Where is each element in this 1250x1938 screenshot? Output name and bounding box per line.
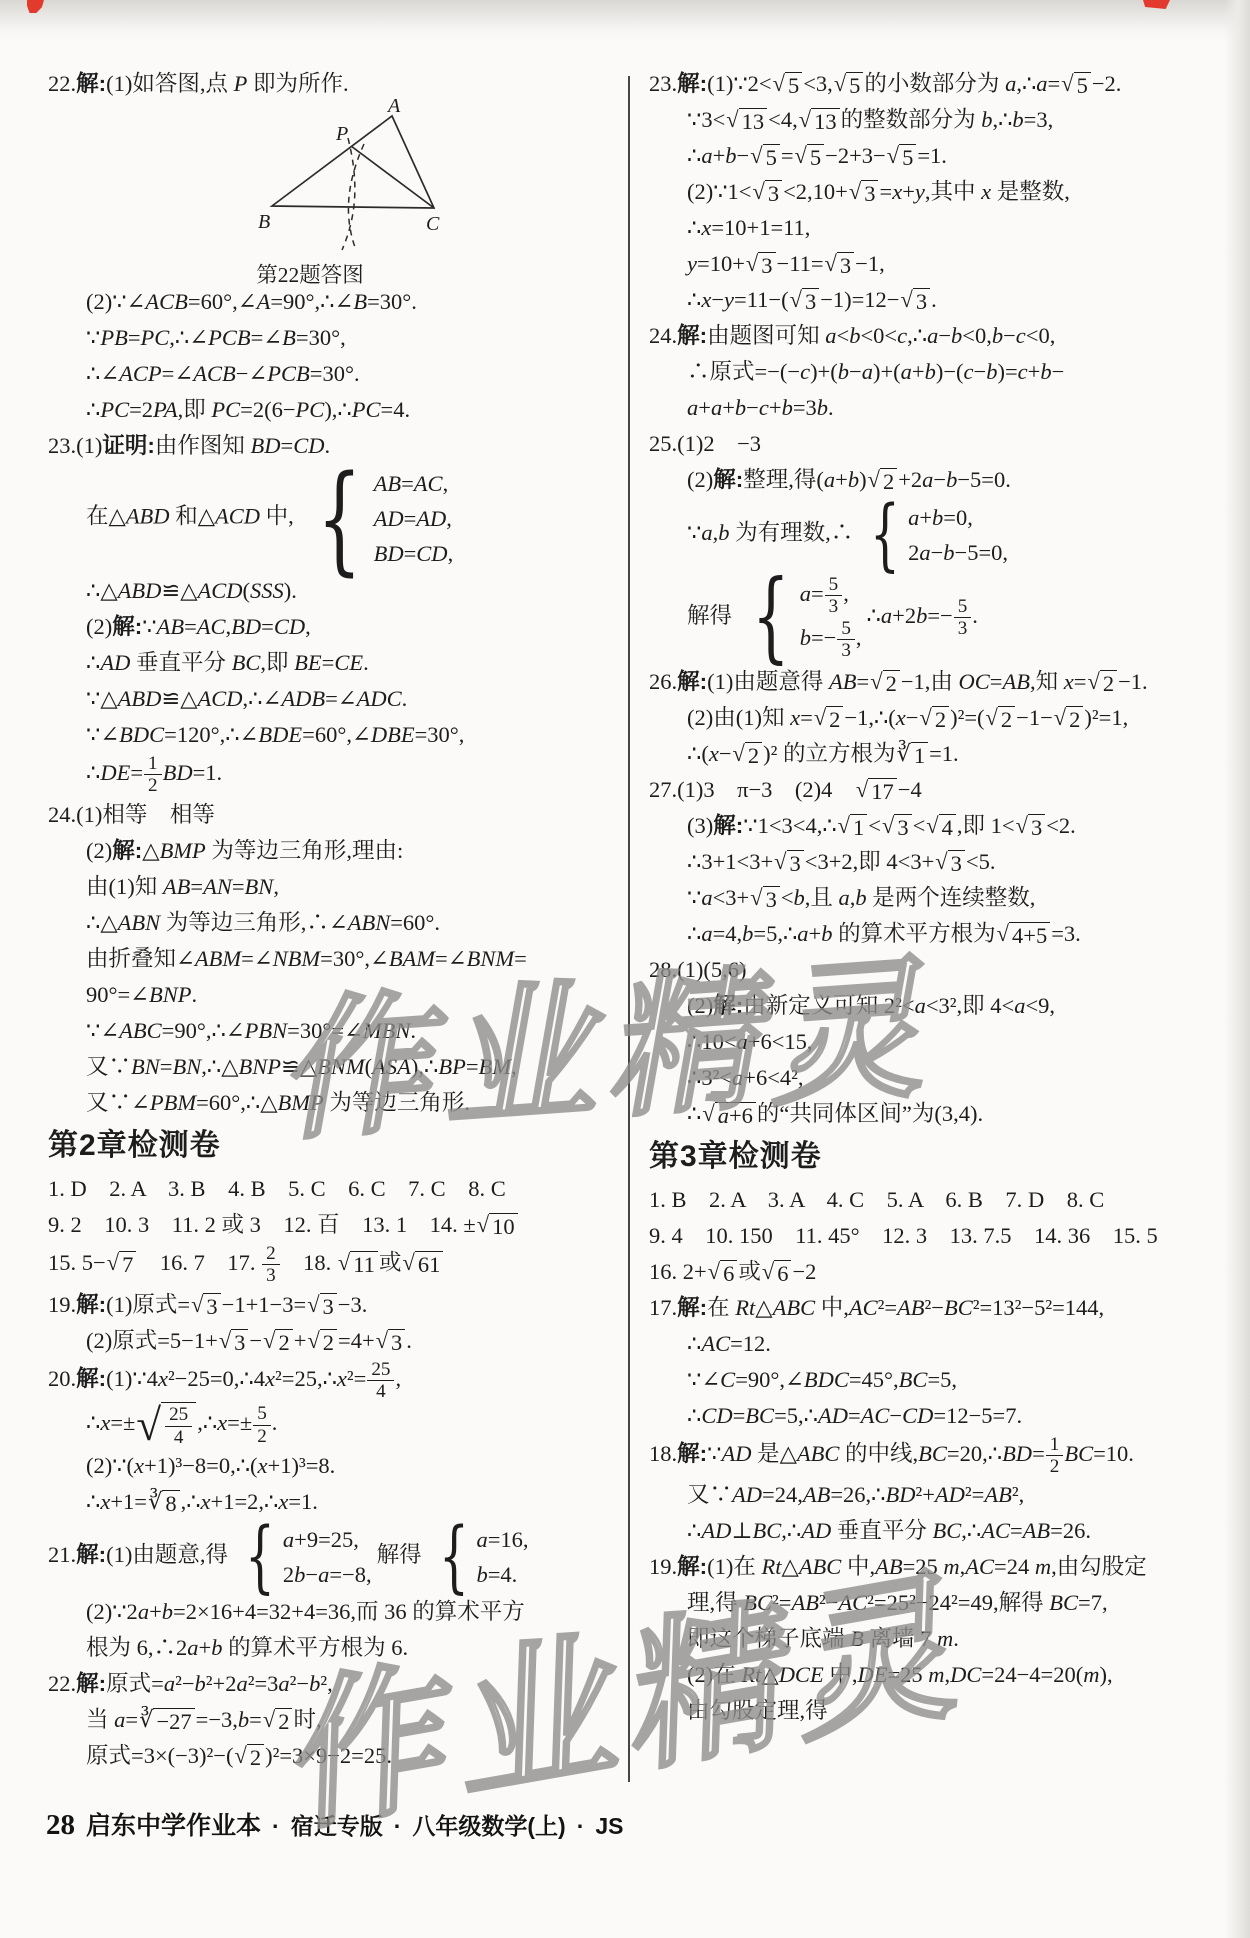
vertex-label-b: B xyxy=(258,211,270,233)
solution-line: 23.解:(1)∵2<√5<3,√5的小数部分为 a,∴a=√5−2. xyxy=(649,66,1227,102)
solution-line: (2)∵2a+b=2×16+4=32+4=36,而 36 的算术平方 xyxy=(48,1594,620,1630)
solution-line: (2)解:由新定义可知 2²<a<3²,即 4<a<9, xyxy=(649,988,1227,1024)
solution-line: ∵PB=PC,∴∠PCB=∠B=30°, xyxy=(48,320,620,356)
solution-line: ∴DE=12BD=1. xyxy=(48,753,620,797)
solution-line: 又∵∠PBM=60°,∴△BMP 为等边三角形. xyxy=(48,1085,620,1121)
solution-line: ∴3²<a+6<4², xyxy=(649,1060,1227,1096)
solution-line: (2)解:∵AB=AC,BD=CD, xyxy=(48,609,620,645)
solution-line: 1. B 2. A 3. A 4. C 5. A 6. B 7. D 8. C xyxy=(649,1182,1227,1218)
solution-line: 27.(1)3 π−3 (2)4 √17−4 xyxy=(649,772,1227,808)
solution-line: 22.解:原式=a²−b²+2a²=3a²−b², xyxy=(48,1666,620,1702)
solution-line: (2)原式=5−1+√3−√2+√2=4+√3. xyxy=(48,1323,620,1359)
solution-line: 9. 4 10. 150 11. 45° 12. 3 13. 7.5 14. 3… xyxy=(649,1218,1227,1254)
solution-line: 17.解:在 Rt△ABC 中,AC²=AB²−BC²=13²−5²=144, xyxy=(649,1290,1227,1326)
solution-line: 19.解:(1)原式=√3−1+1−3=√3−3. xyxy=(48,1287,620,1323)
solution-line: ∴CD=BC=5,∴AD=AC−CD=12−5=7. xyxy=(649,1398,1227,1434)
solution-line: a+a+b−c+b=3b. xyxy=(649,390,1227,426)
solution-line: ∴3+1<3+√3<3+2,即 4<3+√3<5. xyxy=(649,844,1227,880)
solution-line: 21.解:(1)由题意,得{a+9=25,2b−a=−8,解得{a=16,b=4… xyxy=(48,1520,620,1594)
answer-figure: A P B C xyxy=(252,98,452,256)
section-title: 第2章检测卷 xyxy=(48,1121,620,1171)
construction-arc-1 xyxy=(342,138,355,250)
solution-line: 25.(1)2 −3 xyxy=(649,426,1227,462)
solution-line: 26.解:(1)由题意得 AB=√2−1,由 OC=AB,知 x=√2−1. xyxy=(649,664,1227,700)
page-number: 28 xyxy=(46,1809,75,1842)
solution-line: (3)解:∵1<3<4,∴√1<√3<√4,即 1<√3<2. xyxy=(649,808,1227,844)
solution-line: ∴∠ACP=∠ACB−∠PCB=30°. xyxy=(48,356,620,392)
solution-line: (2)解:整理,得(a+b)√2+2a−b−5=0. xyxy=(649,462,1227,498)
solution-line: 1. D 2. A 3. B 4. B 5. C 6. C 7. C 8. C xyxy=(48,1171,620,1207)
solution-line: 又∵BN=BN,∴△BNP≌△BNM(ASA),∴BP=BM, xyxy=(48,1049,620,1085)
solution-line: ∴a+b−√5=√5−2+3−√5=1. xyxy=(649,138,1227,174)
solution-line: 9. 2 10. 3 11. 2 或 3 12. 百 13. 1 14. ±√1… xyxy=(48,1207,620,1243)
book-title: 启东中学作业本 xyxy=(86,1806,261,1842)
solution-line: ∴√a+6的“共同体区间”为(3,4). xyxy=(649,1096,1227,1132)
solution-line: ∴x−y=11−(√3−1)=12−√3. xyxy=(649,282,1227,318)
figure-caption: 第22题答图 xyxy=(200,258,420,289)
footer-separator: · xyxy=(272,1813,280,1840)
solution-line: ∵3<√13<4,√13的整数部分为 b,∴b=3, xyxy=(649,102,1227,138)
solution-line: 28.(1)(5,6) xyxy=(649,952,1227,988)
solution-line: 90°=∠BNP. xyxy=(48,977,620,1013)
solution-line: 16. 2+√6或√6−2 xyxy=(649,1254,1227,1290)
solution-line: ∴x=±√254,∴x=±52. xyxy=(48,1402,620,1448)
right-column: 23.解:(1)∵2<√5<3,√5的小数部分为 a,∴a=√5−2.∵3<√1… xyxy=(649,66,1227,1729)
solution-line: (2)解:△BMP 为等边三角形,理由: xyxy=(48,833,620,869)
footer-separator: · xyxy=(394,1813,402,1840)
footer-separator: · xyxy=(577,1813,585,1840)
paper-right-edge xyxy=(1224,0,1250,1938)
solution-line: 由折叠知∠ABM=∠NBM=30°,∠BAM=∠BNM= xyxy=(48,941,620,977)
solution-line: 解得{a=53,b=−53,∴a+2b=−53. xyxy=(649,572,1227,664)
solution-line: 即这个梯子底端 B 离墙 7 m. xyxy=(649,1621,1227,1657)
vertex-label-p: P xyxy=(335,123,348,145)
solution-line: ∴x=10+1=11, xyxy=(649,210,1227,246)
section-title: 第3章检测卷 xyxy=(649,1132,1227,1182)
solution-line: 当 a=∛−27=−3,b=√2时, xyxy=(48,1702,620,1738)
solution-line: y=10+√3−11=√3−1, xyxy=(649,246,1227,282)
solution-line: 19.解:(1)在 Rt△ABC 中,AB=25 m,AC=24 m,由勾股定 xyxy=(649,1549,1227,1585)
page-top-edge xyxy=(0,0,1250,42)
vertex-label-a: A xyxy=(386,98,401,117)
solution-line: 由勾股定理,得 xyxy=(649,1693,1227,1729)
solution-line: ∴AC=12. xyxy=(649,1326,1227,1362)
solution-line: ∴PC=2PA,即 PC=2(6−PC),∴PC=4. xyxy=(48,392,620,428)
solution-line: ∴原式=−(−c)+(b−a)+(a+b)−(c−b)=c+b− xyxy=(649,354,1227,390)
solution-line: ∴(x−√2)² 的立方根为∛1=1. xyxy=(649,736,1227,772)
solution-line: ∴x+1=∛8,∴x+1=2,∴x=1. xyxy=(48,1484,620,1520)
page-footer: 28 启东中学作业本 · 宿迁专版 · 八年级数学(上) · JS xyxy=(46,1806,624,1842)
region-code: JS xyxy=(595,1813,623,1840)
solution-line: (2)∵∠ACB=60°,∠A=90°,∴∠B=30°. xyxy=(48,284,620,320)
solution-line: 24.解:由题图可知 a<b<0<c,∴a−b<0,b−c<0, xyxy=(649,318,1227,354)
solution-line: 原式=3×(−3)²−(√2)²=3×9−2=25. xyxy=(48,1738,620,1774)
solution-line: ∵∠BDC=120°,∴∠BDE=60°,∠DBE=30°, xyxy=(48,717,620,753)
solution-line: ∴AD⊥BC,∴AD 垂直平分 BC,∴AC=AB=26. xyxy=(649,1513,1227,1549)
solution-line: ∵a,b 为有理数,∴{a+b=0,2a−b−5=0, xyxy=(649,498,1227,572)
solution-line: 24.(1)相等 相等 xyxy=(48,797,620,833)
left-column: 22.解:(1)如答图,点 P 即为所作.(2)∵∠ACB=60°,∠A=90°… xyxy=(48,66,620,1774)
solution-line: ∵a<3+√3<b,且 a,b 是两个连续整数, xyxy=(649,880,1227,916)
solution-line: 理,得 BC²=AB²−AC²=25²−24²=49,解得 BC=7, xyxy=(649,1585,1227,1621)
solution-line: ∴a=4,b=5,∴a+b 的算术平方根为√4+5=3. xyxy=(649,916,1227,952)
subject-label: 八年级数学(上) xyxy=(412,1808,565,1841)
solution-line: (2)∵1<√3<2,10+√3=x+y,其中 x 是整数, xyxy=(649,174,1227,210)
solution-line: 20.解:(1)∵4x²−25=0,∴4x²=25,∴x²=254, xyxy=(48,1359,620,1403)
solution-line: ∵△ABD≌△ACD,∴∠ADB=∠ADC. xyxy=(48,681,620,717)
solution-line: ∴10<a+6<15, xyxy=(649,1024,1227,1060)
solution-line: ∴△ABN 为等边三角形,∴∠ABN=60°. xyxy=(48,905,620,941)
solution-line: ∵∠ABC=90°,∴∠PBN=30°=∠MBN. xyxy=(48,1013,620,1049)
column-divider xyxy=(628,76,630,1782)
solution-line: 22.解:(1)如答图,点 P 即为所作. xyxy=(48,66,620,102)
solution-line: 又∵AD=24,AB=26,∴BD²+AD²=AB², xyxy=(649,1477,1227,1513)
solution-line: ∴AD 垂直平分 BC,即 BE=CE. xyxy=(48,645,620,681)
solution-line: (2)∵(x+1)³−8=0,∴(x+1)³=8. xyxy=(48,1448,620,1484)
solution-line: ∵∠C=90°,∠BDC=45°,BC=5, xyxy=(649,1362,1227,1398)
triangle-diagram: A P B C xyxy=(252,98,452,256)
workbook-answer-page: 22.解:(1)如答图,点 P 即为所作.(2)∵∠ACB=60°,∠A=90°… xyxy=(0,0,1250,1938)
solution-line: (2)由(1)知 x=√2−1,∴(x−√2)²=(√2−1−√2)²=1, xyxy=(649,700,1227,736)
solution-line: 根为 6,∴2a+b 的算术平方根为 6. xyxy=(48,1630,620,1666)
solution-line: 由(1)知 AB=AN=BN, xyxy=(48,869,620,905)
vertex-label-c: C xyxy=(426,213,440,235)
solution-line: 在△ABD 和△ACD 中,{AB=AC,AD=AD,BD=CD, xyxy=(48,464,620,573)
edition-label: 宿迁专版 xyxy=(291,1808,383,1841)
solution-line: 15. 5−√7 16. 7 17. 23 18. √11或√61 xyxy=(48,1243,620,1287)
solution-line: 18.解:∵AD 是△ABC 的中线,BC=20,∴BD=12BC=10. xyxy=(649,1434,1227,1478)
construction-arc-2 xyxy=(348,144,364,250)
solution-line: (2)在 Rt△DCE 中,DE=25 m,DC=24−4=20(m), xyxy=(649,1657,1227,1693)
segment-pc xyxy=(351,146,434,208)
